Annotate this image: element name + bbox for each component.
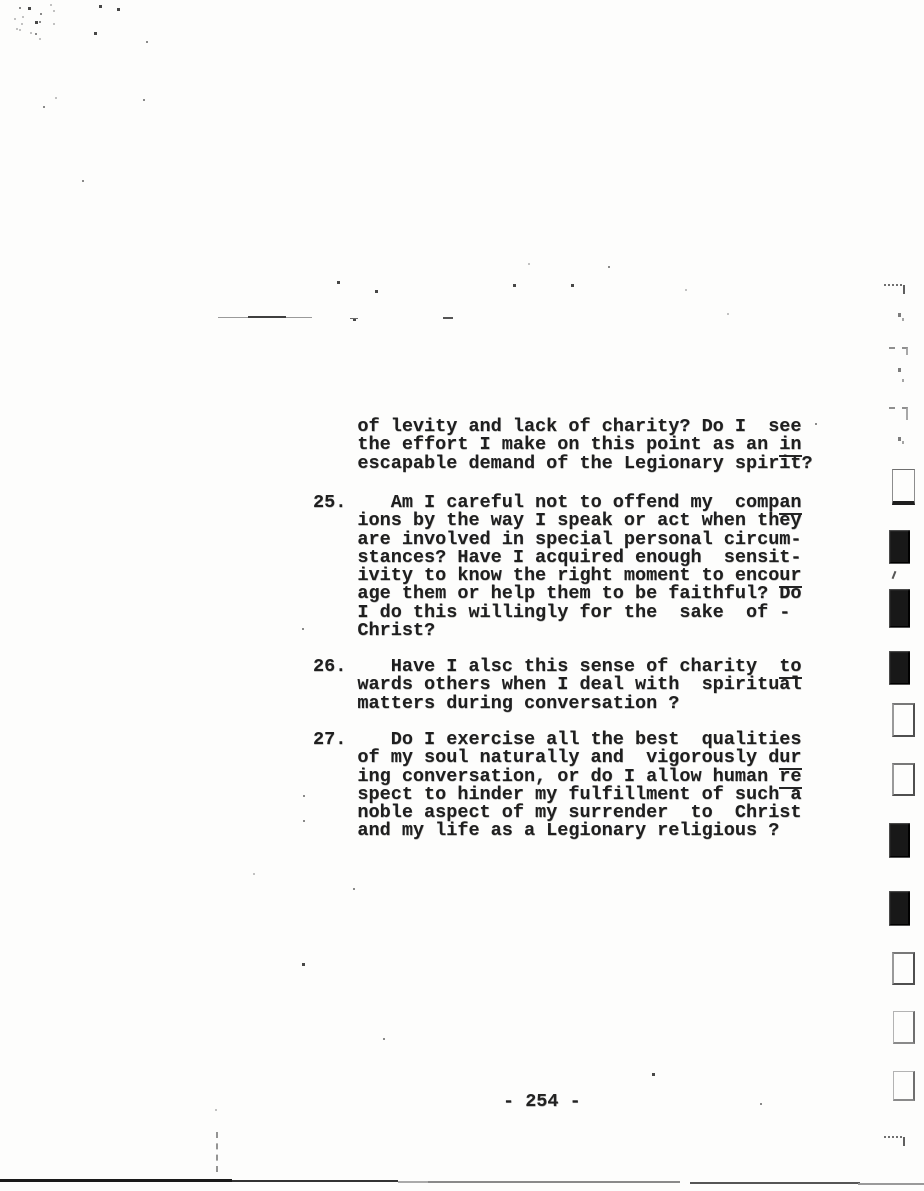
scan-speck [571,284,574,287]
binding-mark [889,891,910,925]
text-line: of my soul naturally and vigorously dur [313,749,802,767]
scan-speck [815,423,817,425]
scan-speck [117,8,120,11]
scan-speck [19,29,21,31]
scan-page: of levity and lack of charity? Do I see … [0,0,924,1191]
scan-speck [727,313,729,315]
scan-speck [303,795,305,797]
scan-speck [50,4,52,6]
scan-speck [28,7,31,10]
scan-speck [43,106,45,108]
scan-speck [528,263,530,265]
text-block: of levity and lack of charity? Do I see … [0,0,924,1191]
scan-line-segment [398,1181,428,1183]
scan-speck [35,21,38,24]
scan-speck [55,97,57,99]
scan-speck [608,266,610,268]
question-paragraph: 27. Do I exercise all the best qualities… [313,731,802,841]
binding-mark [892,469,915,505]
scan-speck [99,5,102,8]
binding-mark [889,823,910,857]
scan-speck [353,888,355,890]
binding-mark [889,347,908,355]
scan-speck [14,18,16,20]
scan-speck [215,1109,217,1111]
scan-line-segment [248,316,286,318]
scan-line-segment [218,317,248,318]
scan-speck [39,38,41,40]
scan-speck [383,1038,385,1040]
text-line: the effort I make on this point as an in [313,436,813,454]
text-line: escapable demand of the Legionary spirit… [313,455,813,473]
binding-mark [892,952,915,985]
scan-speck [35,33,37,35]
text-line: matters during conversation ? [313,695,802,713]
scan-line-segment [232,1180,398,1182]
scan-line-segment [690,1182,860,1184]
scan-speck [513,284,516,287]
scan-speck [16,28,18,30]
binding-mark [884,1136,902,1150]
binding-mark [898,368,901,382]
binding-mark [892,703,915,737]
scan-line-segment [428,1181,680,1183]
scan-speck [143,99,145,101]
scan-speck [337,281,340,284]
vertical-dash-artifact [216,1132,218,1172]
scan-line-segment [443,317,453,319]
scan-speck [146,41,148,43]
continuation-paragraph: of levity and lack of charity? Do I see … [313,418,813,473]
scan-speck [22,16,24,18]
question-paragraph: 25. Am I careful not to offend my compan… [313,494,802,640]
scan-line-segment [286,317,312,318]
scan-speck [19,7,21,9]
scan-speck [253,873,255,875]
binding-mark [892,763,915,796]
text-line: Christ? [313,622,802,640]
scan-speck [94,32,97,35]
scan-speck [82,180,84,182]
scan-speck [303,820,305,822]
scan-speck [760,1103,762,1105]
scan-speck [53,10,55,12]
binding-mark [889,651,910,684]
scan-speck [375,290,378,293]
text-line: wards others when I deal with spiritual [313,676,802,694]
scan-speck [652,1073,655,1076]
scan-speck [302,963,305,966]
text-line: and my life as a Legionary religious ? [313,822,802,840]
scan-speck [53,23,55,25]
binding-mark [893,1011,915,1044]
scan-speck [40,13,42,15]
binding-mark [884,284,902,293]
binding-mark [898,437,901,444]
scan-speck [685,289,687,291]
scan-speck [30,32,32,34]
scan-line-segment [0,1179,232,1182]
binding-mark [893,1071,915,1101]
binding-mark [889,530,910,563]
scan-speck [39,21,41,23]
binding-mark [889,407,908,420]
binding-mark [889,589,910,627]
scan-speck [21,23,23,25]
text-line: ions by the way I speak or act when they [313,512,802,530]
binding-mark [898,313,901,321]
scan-speck [302,628,304,630]
scan-line-segment [350,318,358,319]
question-paragraph: 26. Have I alsc this sense of charity to… [313,658,802,713]
page-number: - 254 - [503,1091,581,1112]
scan-line-segment [858,1183,924,1185]
